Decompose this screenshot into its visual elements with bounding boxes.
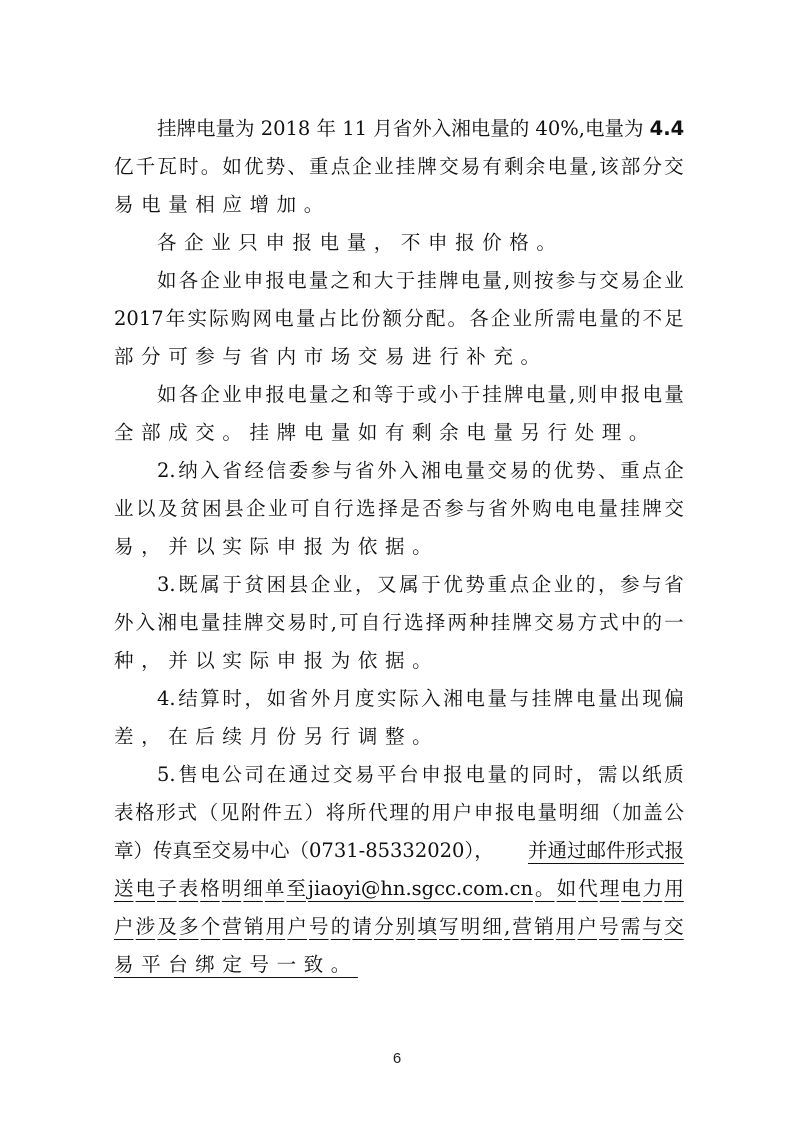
text-segment: 报 (443, 756, 463, 794)
underlined-text: 的 (331, 908, 351, 946)
text-segment: 的 (410, 794, 430, 832)
text-segment: 足 (664, 300, 684, 338)
text-segment: 出 (620, 680, 640, 718)
text-segment: 表 (114, 794, 134, 832)
text-segment: 报 (265, 262, 285, 300)
text-segment: 交 (266, 604, 286, 642)
paragraph-6-line-2: 外入湘电量挂牌交易时,可自行选择两种挂牌交易方式中的一 (114, 604, 684, 642)
paragraph-8-line-2: 表格形式（见附件五）将所代理的用户申报电量明细（加盖公 (114, 794, 684, 832)
paragraph-1-line-1: 挂牌电量为 2018 年 11 月省外入湘电量的 40%,电量为 4.4 (114, 110, 684, 148)
text-segment: 如 (267, 680, 287, 718)
text-segment: 交 (488, 452, 508, 490)
text-segment: 量 (309, 376, 329, 414)
text-segment: 报 (265, 376, 285, 414)
text-segment: 大 (374, 262, 394, 300)
text-segment: 与 (466, 490, 486, 528)
text-segment: 申 (474, 794, 494, 832)
text-segment: 量 (465, 452, 485, 490)
underlined-text: 代 (578, 870, 598, 908)
text-segment: 全部成交。挂牌电量如有剩余电量另行处理。 (114, 414, 656, 452)
text-segment: 县 (289, 566, 309, 604)
underlined-text: 交 (664, 908, 684, 946)
text-segment: 电 (554, 490, 574, 528)
text-segment: 5. (157, 756, 176, 794)
text-segment: 业 (664, 262, 684, 300)
text-segment: ） (305, 794, 325, 832)
paragraph-3-line-3: 部分可参与省内市场交易进行补充。 (114, 338, 684, 376)
text-segment: 各 (179, 262, 199, 300)
underlined-text: 填 (417, 908, 437, 946)
underlined-text: 涉 (136, 908, 156, 946)
text-segment: 公 (222, 756, 242, 794)
text-segment: 时 (222, 680, 242, 718)
text-segment: 量 (599, 300, 619, 338)
text-segment: 量 (488, 680, 508, 718)
text-segment: 挂 (396, 148, 416, 186)
text-segment: 量 (664, 376, 684, 414)
text-segment: 形 (156, 794, 176, 832)
text-segment: 通 (289, 756, 309, 794)
text-segment: 势 (465, 566, 485, 604)
text-segment: 牌 (642, 490, 662, 528)
text-segment: 际 (399, 680, 419, 718)
text-segment: 企 (352, 148, 372, 186)
text-segment: 平 (377, 756, 397, 794)
text-segment: 易 (621, 262, 641, 300)
text-segment: 择 (426, 604, 446, 642)
text-segment: 以 (136, 490, 156, 528)
text-segment: 挂 (482, 376, 502, 414)
text-segment: 和 (352, 262, 372, 300)
text-segment: 如 (222, 148, 242, 186)
text-segment: 量 (598, 680, 618, 718)
text-segment: 现 (642, 680, 662, 718)
underlined-text: 细 (243, 870, 263, 908)
text-segment: 量 (482, 262, 502, 300)
text-segment: 电 (465, 756, 485, 794)
underlined-text: 销 (534, 908, 554, 946)
text-segment: 方 (577, 604, 597, 642)
text-segment: 点 (510, 566, 530, 604)
paragraph-5-line-3: 易，并以实际申报为依据。 (114, 528, 684, 566)
underlined-text: 及 (157, 908, 177, 946)
text-segment: 既 (178, 566, 198, 604)
text-segment: 挂 (620, 490, 640, 528)
text-segment: 优 (443, 566, 463, 604)
underlined-text: 。 (535, 870, 555, 908)
paragraph-8-line-1: 5.售电公司在通过交易平台申报电量的同时，需以纸质 (114, 756, 684, 794)
text-segment: 不 (643, 300, 663, 338)
underlined-text: 户 (287, 908, 307, 946)
text-segment: 入 (421, 680, 441, 718)
text-segment: 电 (643, 376, 663, 414)
text-segment: 业 (222, 262, 242, 300)
text-segment: 中 (621, 604, 641, 642)
text-segment: ， (355, 566, 375, 604)
text-segment: 易电量相应增加。 (114, 186, 331, 224)
text-segment: 量 (598, 490, 618, 528)
underlined-text: 电 (621, 870, 641, 908)
text-segment: 则 (577, 376, 597, 414)
underlined-text: 写 (439, 908, 459, 946)
text-segment: 种 (469, 604, 489, 642)
text-segment: 的 (576, 566, 596, 604)
text-segment: 的 (532, 452, 552, 490)
paragraph-6-line-1: 3.既属于贫困县企业，又属于优势重点企业的，参与省 (114, 566, 684, 604)
text-segment: 重 (620, 452, 640, 490)
text-segment: 电 (526, 376, 546, 414)
text-segment: 式 (599, 604, 619, 642)
text-segment: 属 (200, 566, 220, 604)
text-segment: 电 (576, 490, 596, 528)
text-segment: 于 (222, 566, 242, 604)
text-segment: 申 (599, 376, 619, 414)
text-segment: 将 (326, 794, 346, 832)
text-segment: 参 (444, 490, 464, 528)
text-segment: 和 (352, 376, 372, 414)
underlined-text: 别 (396, 908, 416, 946)
page-number: 6 (0, 1050, 794, 1067)
paragraph-8-line-6: 易平台绑定号一致。 (114, 946, 684, 984)
paragraph-6-line-3: 种，并以实际申报为依据。 (114, 642, 684, 680)
text-segment: 电 (200, 756, 220, 794)
text-segment: 企 (643, 262, 663, 300)
text-segment: , (591, 148, 597, 186)
text-segment: 各企业只申报电量，不申报价格。 (157, 224, 564, 262)
text-segment: 过 (311, 756, 331, 794)
text-segment: 于 (396, 262, 416, 300)
text-segment: 交 (439, 148, 459, 186)
text-segment: 比 (339, 300, 359, 338)
text-segment: 件 (262, 794, 282, 832)
text-segment: 的 (510, 756, 530, 794)
text-segment: 以 (620, 756, 640, 794)
text-segment: 重 (309, 148, 329, 186)
text-segment: 湘 (443, 680, 463, 718)
text-segment: 理 (389, 794, 409, 832)
text-segment: 势 (266, 148, 286, 186)
text-segment: 代 (368, 794, 388, 832)
underlined-text: 号 (599, 908, 619, 946)
text-segment: 易，并以实际申报为依据。 (114, 528, 439, 566)
text-segment: 于 (461, 376, 481, 414)
text-segment: 业 (374, 148, 394, 186)
text-segment: 五 (283, 794, 303, 832)
text-segment: 挂 (222, 604, 242, 642)
text-segment: 加 (622, 794, 642, 832)
paragraph-1-line-2: 亿千瓦时。如优势、重点企业挂牌交易有剩余电量,该部分交 (114, 148, 684, 186)
underlined-text: 需 (621, 908, 641, 946)
paragraph-7-line-1: 4.结算时，如省外月度实际入湘电量与挂牌电量出现偏 (114, 680, 684, 718)
text-segment: 的 (621, 300, 641, 338)
text-segment: 电 (287, 376, 307, 414)
text-segment: 是 (400, 490, 420, 528)
text-segment: 挂 (532, 680, 552, 718)
text-segment: 易 (461, 148, 481, 186)
paragraph-4-line-1: 如各企业申报电量之和等于或小于挂牌电量,则申报电量 (114, 376, 684, 414)
text-segment: 或 (417, 376, 437, 414)
underlined-text: 用 (556, 908, 576, 946)
text-segment: 一 (664, 604, 684, 642)
text-segment: 易 (556, 604, 576, 642)
underlined-text: 电 (136, 870, 156, 908)
text-segment: 企 (532, 566, 552, 604)
text-segment: 种，并以实际申报为依据。 (114, 642, 439, 680)
text-segment: 选 (404, 604, 424, 642)
text-segment: 余 (526, 148, 546, 186)
paragraph-3-line-1: 如各企业申报电量之和大于挂牌电量,则按参与交易企业 (114, 262, 684, 300)
underlined-text: 细 (482, 908, 502, 946)
text-segment: 差，在后续月份另行调整。 (114, 718, 439, 756)
text-segment: 及 (158, 490, 178, 528)
text-segment: 等 (374, 376, 394, 414)
text-segment: 亿 (114, 148, 134, 186)
text-segment: 信 (267, 452, 287, 490)
text-segment: 报 (495, 794, 515, 832)
text-segment: 则 (512, 262, 532, 300)
text-segment: 易 (355, 756, 375, 794)
text-segment: , (331, 604, 337, 642)
paragraph-2-line-1: 各企业只申报电量，不申报价格。 (114, 224, 684, 262)
text-segment: 优 (244, 148, 264, 186)
underlined-text: 送 (114, 870, 134, 908)
text-segment: 委 (289, 452, 309, 490)
text-segment: 占 (318, 300, 338, 338)
text-segment: , (569, 376, 575, 414)
text-segment: 电 (443, 452, 463, 490)
text-segment: 3. (157, 566, 176, 604)
text-segment: 量 (547, 376, 567, 414)
underlined-text: 并通过邮件形式报 (528, 832, 684, 870)
underlined-text: jiaoyi@hn.sgcc.com.cn (308, 870, 533, 908)
text-segment: 需 (556, 300, 576, 338)
text-segment: 报 (621, 376, 641, 414)
underlined-text: 理 (600, 870, 620, 908)
text-segment: 时 (554, 756, 574, 794)
underlined-text: 营 (512, 908, 532, 946)
text-segment: 的 (642, 604, 662, 642)
text-segment: 电 (547, 148, 567, 186)
text-segment: 省 (355, 452, 375, 490)
text-segment: 可 (339, 604, 359, 642)
text-segment: 与 (642, 566, 662, 604)
text-segment: 部 (621, 148, 641, 186)
text-segment: 部分可参与省内市场交易进行补充。 (114, 338, 548, 376)
text-segment: 业 (268, 490, 288, 528)
text-segment: 与 (577, 262, 597, 300)
text-segment: 时 (179, 148, 199, 186)
text-segment: 纸 (642, 756, 662, 794)
text-segment: 外 (377, 452, 397, 490)
text-segment: 贫 (180, 490, 200, 528)
paragraph-8-line-4: 送电子表格明细单至jiaoyi@hn.sgcc.com.cn。如代理电力用 (114, 870, 684, 908)
underlined-text: 表 (179, 870, 199, 908)
underlined-text: 格 (200, 870, 220, 908)
text-segment: 入 (136, 604, 156, 642)
text-segment: 所 (347, 794, 367, 832)
text-segment: 在 (267, 756, 287, 794)
underlined-text: 与 (642, 908, 662, 946)
text-segment: 湘 (421, 452, 441, 490)
text-segment: 企 (246, 490, 266, 528)
text-segment: 湘 (157, 604, 177, 642)
paragraph-5-line-1: 2.纳入省经信委参与省外入湘电量交易的优势、重点企 (114, 452, 684, 490)
text-segment: 配 (426, 300, 446, 338)
text-segment: 实 (187, 300, 207, 338)
text-segment: 择 (378, 490, 398, 528)
text-segment: 该 (599, 148, 619, 186)
text-segment: 偏 (664, 680, 684, 718)
text-segment: 、 (287, 148, 307, 186)
text-segment: 申 (421, 756, 441, 794)
underlined-text: 销 (244, 908, 264, 946)
paragraph-3-line-2: 2017年实际购网电量占比份额分配。各企业所需电量的不足 (114, 300, 684, 338)
text-segment: 纳 (178, 452, 198, 490)
text-segment: 省 (488, 490, 508, 528)
text-segment: 两 (447, 604, 467, 642)
text-segment: 与 (510, 680, 530, 718)
text-segment: 公 (664, 794, 684, 832)
text-segment: 实 (377, 680, 397, 718)
underlined-text: 个 (201, 908, 221, 946)
text-segment: 企 (491, 300, 511, 338)
text-segment: 瓦 (157, 148, 177, 186)
text-segment: 电 (274, 300, 294, 338)
text-segment: 同 (532, 756, 552, 794)
text-segment: 量 (309, 262, 329, 300)
text-segment: 经 (244, 452, 264, 490)
text-segment: 易 (287, 604, 307, 642)
text-segment: 量 (488, 756, 508, 794)
text-segment: 量 (201, 604, 221, 642)
text-segment: 交 (534, 604, 554, 642)
text-segment: 度 (355, 680, 375, 718)
text-segment: 电 (465, 680, 485, 718)
text-segment: 时 (309, 604, 329, 642)
text-segment: 用 (432, 794, 452, 832)
text-segment: 交 (664, 148, 684, 186)
text-segment: 售 (178, 756, 198, 794)
text-segment: 交 (664, 490, 684, 528)
text-segment: 各 (469, 300, 489, 338)
text-segment: 于 (396, 376, 416, 414)
text-segment: 之 (331, 262, 351, 300)
text-segment: 挂 (491, 604, 511, 642)
underlined-text: 明 (461, 908, 481, 946)
underlined-text: 易平台绑定号一致。 (114, 946, 358, 984)
text-segment: ， (244, 680, 264, 718)
text-segment: 2. (157, 452, 176, 490)
text-segment: 各 (179, 376, 199, 414)
text-segment: 外 (311, 680, 331, 718)
bold-value: 4.4 (650, 110, 685, 148)
text-segment: 电 (461, 262, 481, 300)
text-segment: 自 (361, 604, 381, 642)
paragraph-1-line-3: 易电量相应增加。 (114, 186, 684, 224)
text-segment: 企 (311, 566, 331, 604)
text-segment: 网 (252, 300, 272, 338)
text-segment: 省 (289, 680, 309, 718)
text-segment: 牌 (554, 680, 574, 718)
text-segment: 贫 (244, 566, 264, 604)
text-segment: 4. (157, 680, 176, 718)
text-segment: 量 (537, 794, 557, 832)
text-segment: 入 (200, 452, 220, 490)
text-segment: 。 (201, 148, 221, 186)
underlined-text: 用 (266, 908, 286, 946)
paragraph-7-line-2: 差，在后续月份另行调整。 (114, 718, 684, 756)
text-segment: 台 (399, 756, 419, 794)
text-segment: 司 (244, 756, 264, 794)
text-segment: 。 (448, 300, 468, 338)
text-segment: 与 (333, 452, 353, 490)
text-segment: 之 (331, 376, 351, 414)
text-segment: 见 (220, 794, 240, 832)
text-segment: 挂 (417, 262, 437, 300)
text-segment: （ (601, 794, 621, 832)
underlined-text: 如 (557, 870, 577, 908)
text-segment: 购 (231, 300, 251, 338)
underlined-text: 力 (643, 870, 663, 908)
text-segment: 有 (482, 148, 502, 186)
text-segment: 结 (178, 680, 198, 718)
text-segment: 剩 (504, 148, 524, 186)
text-segment: 质 (664, 756, 684, 794)
text-segment: 业 (222, 376, 242, 414)
text-segment: 又 (377, 566, 397, 604)
text-segment: 优 (554, 452, 574, 490)
text-segment: 式 (178, 794, 198, 832)
text-segment: 行 (382, 604, 402, 642)
underlined-text: 子 (157, 870, 177, 908)
text-segment: 牌 (504, 376, 524, 414)
text-segment: 自 (312, 490, 332, 528)
text-segment: 小 (439, 376, 459, 414)
text-segment: 格 (135, 794, 155, 832)
text-segment: 、 (598, 452, 618, 490)
text-segment: 企 (200, 262, 220, 300)
text-segment: 否 (422, 490, 442, 528)
text-segment: 千 (136, 148, 156, 186)
text-segment: 点 (642, 452, 662, 490)
text-segment: 量 (296, 300, 316, 338)
text-segment: 算 (200, 680, 220, 718)
text-segment: 省 (664, 566, 684, 604)
text-segment: 势 (576, 452, 596, 490)
text-segment: 参 (620, 566, 640, 604)
text-segment: 所 (534, 300, 554, 338)
paragraph-8-line-5: 户涉及多个营销用户号的请分别填写明细,营销用户号需与交 (114, 908, 684, 946)
underlined-text: 用 (664, 870, 684, 908)
text-segment: 外 (114, 604, 134, 642)
text-segment: 盖 (643, 794, 663, 832)
text-segment: , (504, 262, 510, 300)
text-segment: 于 (421, 566, 441, 604)
text-segment: 明 (559, 794, 579, 832)
text-segment: 需 (598, 756, 618, 794)
text-segment: 点 (331, 148, 351, 186)
text-segment: 省 (222, 452, 242, 490)
underlined-text: 号 (309, 908, 329, 946)
text-segment: 如 (157, 262, 177, 300)
text-segment: 企 (200, 376, 220, 414)
text-segment: 申 (244, 262, 264, 300)
text-segment: 参 (311, 452, 331, 490)
text-segment: ， (576, 756, 596, 794)
text-segment: 业 (114, 490, 134, 528)
underlined-text: 至 (286, 870, 306, 908)
text-segment: 交 (333, 756, 353, 794)
